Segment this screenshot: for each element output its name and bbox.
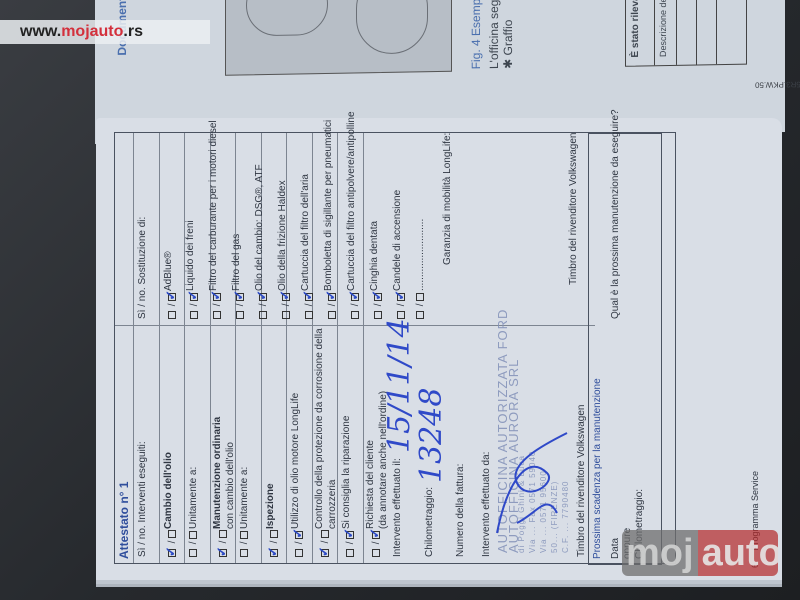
checkmark-icon: ✓	[341, 528, 356, 539]
right-checkbox-1[interactable]: / ✓	[185, 290, 201, 319]
form-row-line	[337, 133, 338, 563]
car-side-illustration	[246, 0, 328, 36]
checkbox-yes[interactable]	[189, 549, 197, 557]
caption-line: ✱ Graffio	[501, 20, 515, 69]
table-subheading: Descrizione del d	[658, 0, 668, 57]
right-checkbox-8[interactable]: / ✓	[346, 290, 362, 319]
checkbox-no[interactable]	[321, 530, 329, 538]
checkbox-no[interactable]	[240, 531, 248, 539]
checkmark-icon: ✓	[290, 528, 305, 539]
right-checkbox-0[interactable]: / ✓	[163, 290, 179, 319]
checkbox-no[interactable]	[416, 293, 424, 301]
form-row-line	[184, 133, 185, 563]
checkbox-no[interactable]	[168, 530, 176, 538]
checkmark-icon: ✓	[300, 290, 315, 301]
figure-caption: Fig. 4 Esempio va	[469, 0, 483, 69]
odometer-handwritten: 13248	[414, 388, 449, 483]
checkmark-icon: ✓	[163, 546, 178, 557]
checkbox-no[interactable]	[270, 530, 278, 538]
checkmark-icon: ✓	[185, 290, 200, 301]
checkbox-yes[interactable]	[283, 311, 291, 319]
checkbox-yes[interactable]	[346, 549, 354, 557]
checkbox-yes[interactable]	[372, 549, 380, 557]
checkmark-icon: ✓	[231, 290, 246, 301]
watermark-url: www.mojauto.rs	[0, 20, 210, 44]
form-title: Attestato n° 1	[117, 482, 131, 559]
checkmark-icon: ✓	[367, 528, 382, 539]
checkbox-yes[interactable]	[295, 549, 303, 557]
checkbox-yes[interactable]	[191, 311, 199, 319]
right-row-label: AdBlue®	[163, 251, 174, 291]
right-row-label: Cartuccia del filtro dell'aria	[300, 174, 311, 291]
checkmark-icon: ✓	[369, 290, 384, 301]
checkbox-yes[interactable]	[329, 311, 337, 319]
checkbox-7[interactable]: / ✓	[341, 528, 357, 557]
checkbox-8[interactable]: / ✓	[367, 528, 383, 557]
form-row-line	[159, 133, 160, 563]
left-row-label: Unitamente a:	[239, 467, 250, 529]
next-service-heading: Prossima scadenza per la manutenzione	[592, 378, 603, 559]
halves-divider	[115, 325, 595, 326]
checkbox-yes[interactable]	[351, 311, 359, 319]
checkmark-icon: ✓	[163, 290, 178, 301]
left-row-label: Manutenzione ordinaria	[212, 417, 223, 529]
dealer-stamp-label-right: Timbro del rivenditore Volkswagen	[568, 133, 579, 285]
document-code: 131.5R3.PKW.50	[755, 79, 800, 89]
checkbox-yes[interactable]	[237, 311, 245, 319]
service-certificate-form: Attestato n° 1Sì / no. Interventi esegui…	[114, 132, 676, 564]
left-row-label: Unitamente a:	[188, 467, 199, 529]
checkbox-1[interactable]: /	[188, 529, 199, 557]
dealer-stamp-label: Timbro del rivenditore Volkswagen	[576, 405, 587, 557]
right-row-label: Liquido dei freni	[185, 220, 196, 291]
right-row-label: Filtro del carburante per i motori diese…	[208, 120, 219, 291]
right-row-label: Bomboletta di sigillante per pneumatici	[323, 120, 334, 291]
checkmark-icon: ✓	[392, 290, 407, 301]
checkbox-no[interactable]	[189, 531, 197, 539]
form-row-line	[235, 133, 236, 563]
right-row-label: Cinghia dentata	[369, 221, 380, 291]
left-row-label: Si consiglia la riparazione	[341, 416, 352, 529]
next-date-label: Data	[610, 538, 621, 559]
right-header: Sì / no. Sostituzione di:	[137, 217, 148, 319]
checkmark-icon: ✓	[208, 290, 223, 301]
form-row-line	[363, 133, 364, 563]
damage-table: È stato rilevat Descrizione del d	[625, 0, 747, 67]
service-book-page: Attestato n° 1Sì / no. Interventi esegui…	[96, 118, 782, 580]
right-checkbox-6[interactable]: / ✓	[300, 290, 316, 319]
right-row-label: Olio della frizione Haldex	[277, 180, 288, 291]
checkmark-icon: ✓	[346, 290, 361, 301]
right-checkbox-2[interactable]: / ✓	[208, 290, 224, 319]
checkbox-0[interactable]: ✓ /	[163, 528, 179, 557]
longlife-label: Garanzia di mobilità LongLife:	[442, 133, 453, 265]
right-row-label: Candele di accensione	[392, 190, 403, 291]
checkbox-yes[interactable]	[260, 311, 268, 319]
checkbox-6[interactable]: ✓ /	[316, 528, 332, 557]
checkbox-no[interactable]	[219, 530, 227, 538]
signature-icon	[487, 423, 577, 543]
left-row-label: Ispezione	[265, 483, 276, 529]
checkmark-icon: ✓	[254, 290, 269, 301]
right-checkbox-5[interactable]: / ✓	[277, 290, 293, 319]
left-row-label-2: carrozzeria	[327, 480, 338, 529]
right-checkbox-11[interactable]: /	[415, 291, 426, 319]
odometer-label: Chilometraggio:	[424, 487, 435, 557]
checkbox-yes[interactable]	[168, 311, 176, 319]
next-service-question: Qual è la prossima manutenzione da esegu…	[610, 109, 621, 319]
left-row-label: Richiesta del cliente	[365, 440, 376, 529]
checkbox-yes[interactable]	[416, 311, 424, 319]
table-heading: È stato rilevat	[630, 0, 641, 58]
right-row-label: ..........................	[415, 219, 426, 291]
left-row-label: Cambio dell'olio	[163, 452, 174, 529]
vehicle-diagram	[225, 0, 452, 76]
checkmark-icon: ✓	[316, 546, 331, 557]
service-date-handwritten: 15/11/14	[382, 318, 417, 453]
left-row-label: Utilizzo di olio motore LongLife	[290, 393, 301, 529]
checkbox-yes[interactable]	[214, 311, 222, 319]
right-checkbox-7[interactable]: / ✓	[323, 290, 339, 319]
invoice-label: Numero della fattura:	[455, 464, 466, 557]
caption-line: L'officina segnala	[487, 0, 501, 69]
right-row-label: Filtro del gas	[231, 234, 242, 291]
right-checkbox-4[interactable]: / ✓	[254, 290, 270, 319]
checkmark-icon: ✓	[265, 546, 280, 557]
form-row-line	[312, 133, 313, 563]
checkmark-icon: ✓	[277, 290, 292, 301]
watermark-logo: mojauto	[622, 530, 778, 576]
service-date-label: Intervento effettuato il:	[392, 458, 403, 557]
right-checkbox-10[interactable]: / ✓	[392, 290, 408, 319]
right-row-label: Cartuccia del filtro antipolvere/antipol…	[346, 111, 357, 291]
checkmark-icon: ✓	[214, 546, 229, 557]
right-checkbox-9[interactable]: / ✓	[369, 290, 385, 319]
right-row-label: Olio del cambio: DSG®, ATF	[254, 164, 265, 291]
right-checkbox-3[interactable]: / ✓	[231, 290, 247, 319]
left-row-label-2: con cambio dell'olio	[225, 442, 236, 529]
checkbox-4[interactable]: ✓ /	[265, 528, 281, 557]
checkbox-yes[interactable]	[240, 549, 248, 557]
left-row-label: Controllo della protezione da corrosione…	[314, 328, 325, 529]
header-column	[133, 133, 134, 563]
checkbox-2[interactable]: ✓ /	[214, 528, 230, 557]
checkbox-5[interactable]: / ✓	[290, 528, 306, 557]
checkbox-3[interactable]: /	[239, 529, 250, 557]
checkmark-icon: ✓	[323, 290, 338, 301]
car-top-illustration	[356, 0, 428, 54]
left-header: Sì / no. Interventi eseguiti:	[137, 441, 148, 557]
checkbox-yes[interactable]	[306, 311, 314, 319]
